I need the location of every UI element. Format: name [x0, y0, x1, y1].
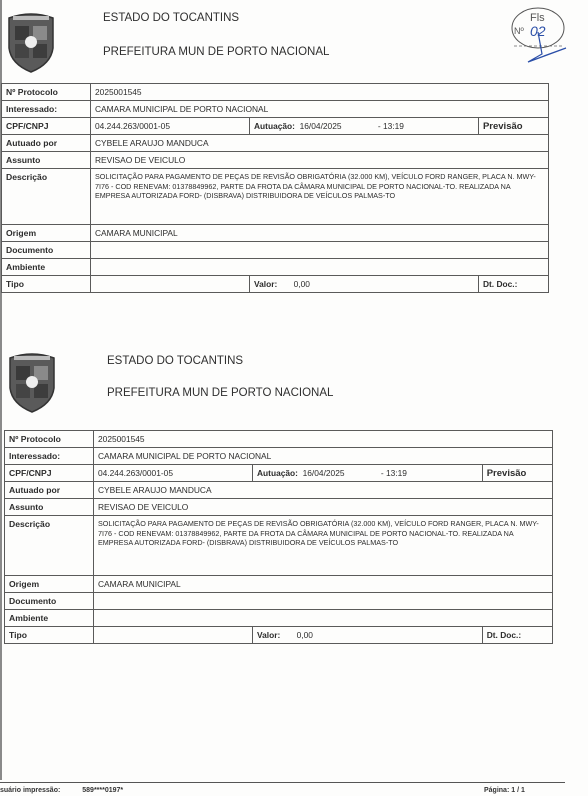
assunto-value: REVISAO DE VEICULO [94, 499, 553, 516]
documento-value [94, 593, 553, 610]
tipo-value [94, 627, 253, 644]
stamp-number-prefix: Nº [514, 26, 524, 36]
ambiente-value [94, 610, 553, 627]
tipo-label: Tipo [2, 276, 91, 293]
valor-value: 0,00 [294, 279, 310, 289]
protocolo-value: 2025001545 [91, 84, 549, 101]
tipo-value [91, 276, 250, 293]
autuacao-date: 16/04/2025 [300, 121, 342, 131]
assunto-label: Assunto [5, 499, 94, 516]
dt-doc-label: Dt. Doc.: [487, 630, 521, 640]
footer-divider [0, 782, 565, 783]
autuado-por-label: Autuado por [5, 482, 94, 499]
origem-label: Origem [5, 576, 94, 593]
header-state: ESTADO DO TOCANTINS [107, 355, 243, 367]
descricao-value: SOLICITAÇÃO PARA PAGAMENTO DE PEÇAS DE R… [94, 516, 553, 576]
valor-value: 0,00 [297, 630, 313, 640]
valor-label: Valor: [254, 279, 277, 289]
interessado-value: CAMARA MUNICIPAL DE PORTO NACIONAL [94, 448, 553, 465]
protocol-form: Nº Protocolo 2025001545 Interessado: CAM… [4, 430, 553, 644]
autuacao-date: 16/04/2025 [303, 468, 345, 478]
ambiente-label: Ambiente [5, 610, 94, 627]
interessado-value: CAMARA MUNICIPAL DE PORTO NACIONAL [91, 101, 549, 118]
previsao-label: Previsão [478, 118, 548, 135]
protocolo-value: 2025001545 [94, 431, 553, 448]
print-user-value: 589****0197* [82, 787, 123, 794]
autuado-por-value: CYBELE ARAUJO MANDUCA [91, 135, 549, 152]
autuacao-time: - 13:19 [378, 121, 404, 131]
print-user-label: suário impressão: [0, 787, 60, 794]
autuado-por-value: CYBELE ARAUJO MANDUCA [94, 482, 553, 499]
autuado-por-label: Autuado por [2, 135, 91, 152]
documento-value [91, 242, 549, 259]
protocol-form: Nº Protocolo 2025001545 Interessado: CAM… [1, 83, 549, 293]
descricao-label: Descrição [2, 169, 91, 225]
origem-value: CAMARA MUNICIPAL [91, 225, 549, 242]
protocolo-label: Nº Protocolo [5, 431, 94, 448]
footer-print-user: suário impressão: 589****0197* [0, 787, 123, 794]
descricao-label: Descrição [5, 516, 94, 576]
ambiente-label: Ambiente [2, 259, 91, 276]
cpf-value: 04.244.263/0001-05 [91, 118, 250, 135]
folio-stamp: Fls Nº 02 [508, 4, 568, 64]
tipo-label: Tipo [5, 627, 94, 644]
cpf-label: CPF/CNPJ [5, 465, 94, 482]
ambiente-value [91, 259, 549, 276]
autuacao-label: Autuação: [254, 121, 295, 131]
previsao-label: Previsão [482, 465, 552, 482]
cpf-value: 04.244.263/0001-05 [94, 465, 253, 482]
municipal-crest-icon [6, 352, 58, 414]
header-state: ESTADO DO TOCANTINS [103, 12, 239, 24]
dt-doc-label: Dt. Doc.: [483, 279, 517, 289]
valor-label: Valor: [257, 630, 280, 640]
documento-label: Documento [2, 242, 91, 259]
interessado-label: Interessado: [2, 101, 91, 118]
assunto-label: Assunto [2, 152, 91, 169]
page-number: Página: 1 / 1 [484, 787, 525, 794]
interessado-label: Interessado: [5, 448, 94, 465]
autuacao-label: Autuação: [257, 468, 298, 478]
header-prefeitura: PREFEITURA MUN DE PORTO NACIONAL [103, 46, 329, 58]
municipal-crest-icon [5, 12, 57, 74]
origem-value: CAMARA MUNICIPAL [94, 576, 553, 593]
protocolo-label: Nº Protocolo [2, 84, 91, 101]
cpf-label: CPF/CNPJ [2, 118, 91, 135]
stamp-number: 02 [530, 23, 546, 39]
descricao-value: SOLICITAÇÃO PARA PAGAMENTO DE PEÇAS DE R… [91, 169, 549, 225]
autuacao-time: - 13:19 [381, 468, 407, 478]
header-prefeitura: PREFEITURA MUN DE PORTO NACIONAL [107, 387, 333, 399]
assunto-value: REVISAO DE VEICULO [91, 152, 549, 169]
origem-label: Origem [2, 225, 91, 242]
documento-label: Documento [5, 593, 94, 610]
